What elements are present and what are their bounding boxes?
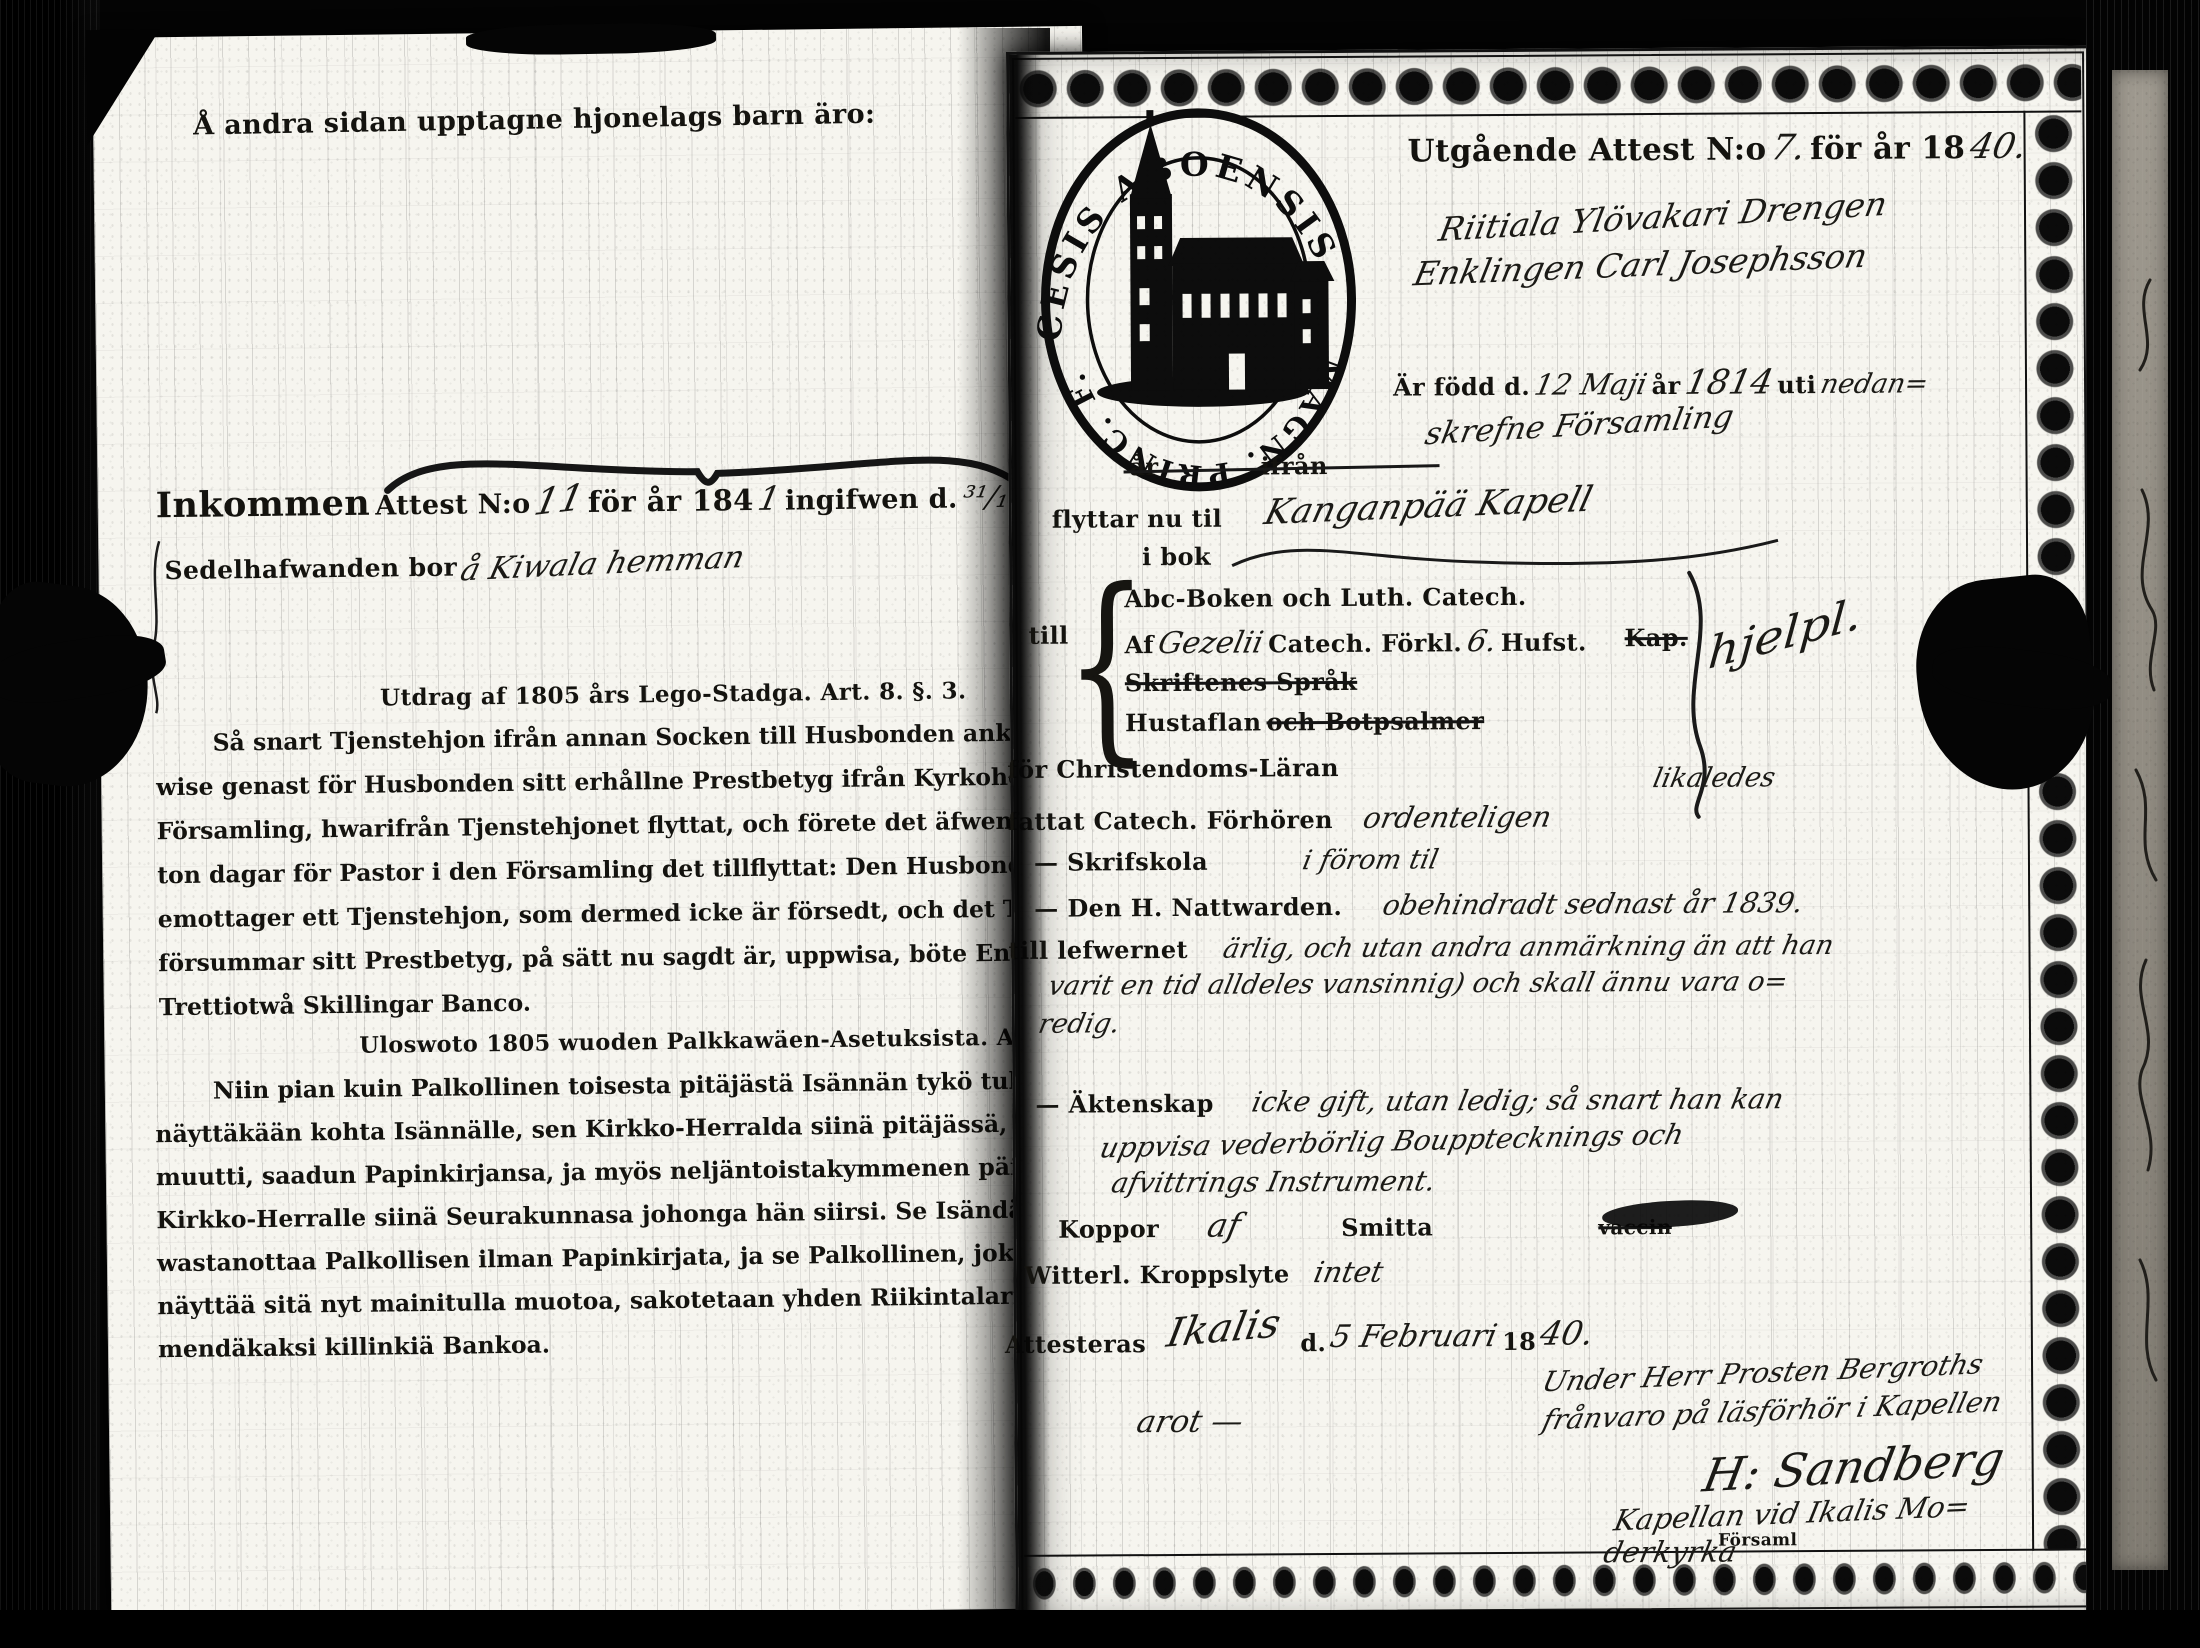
lefwernet-handwritten-1: ärlig, och utan andra anmärkning än att … <box>1220 930 1836 965</box>
ingifwen-label: ingifwen d. <box>785 483 958 516</box>
lefwernet-handwritten-2: varit en tid alldeles vansinnig) och ska… <box>1046 966 1791 1002</box>
date-handwritten: 5 Februari <box>1328 1318 1501 1355</box>
ar-label: år <box>1652 371 1681 400</box>
lefwernet-line: till lefwernet ärlig, och utan andra anm… <box>1008 930 1833 966</box>
diocese-seal: CESIS ABOENSIS. MAGN. PRINC. F. <box>1031 93 1367 495</box>
hustaflan-label: Hustaflan <box>1125 707 1262 737</box>
sedel-label: Sedelhafwanden bor <box>164 553 457 586</box>
attest-number-handwritten: 11 <box>531 476 588 524</box>
christendom-label: för Christendoms-Läran <box>1007 753 1339 784</box>
century-label: 18 <box>1502 1327 1536 1356</box>
ink-blot <box>1601 1197 1738 1231</box>
reads-item-abc: Abc-Boken och Luth. Catech. <box>1124 582 1526 613</box>
likaledes-handwritten: likaledes <box>1650 762 1778 794</box>
year-handwritten: 40. <box>1966 127 2030 167</box>
born-day-handwritten: 12 Maji <box>1532 367 1650 402</box>
aktenskap-handwritten-2: uppvisa vederbörlig Boupptecknings och <box>1097 1118 1687 1165</box>
catforhor-handwritten: ordenteligen <box>1361 800 1556 835</box>
ifran-struck-label: ifrån <box>1261 451 1328 480</box>
ibok-label: i bok <box>1142 542 1211 571</box>
catech-forkl-label: Catech. Förkl. <box>1268 628 1462 658</box>
reads-item-catech: Af Gezelii Catech. Förkl. 6. Hufst. <box>1125 623 1587 661</box>
book-left-edge <box>0 0 100 1648</box>
sedel-line: Sedelhafwanden bor å Kiwala hemman <box>164 544 742 587</box>
right-page: CESIS ABOENSIS. MAGN. PRINC. F. <box>1006 45 2100 1620</box>
inkommen-label: Inkommen <box>155 483 370 527</box>
ar-struck-label: år <box>1129 452 1158 481</box>
for-ar-label: för år 18 <box>1810 130 1965 167</box>
attest-number-handwritten: 7. <box>1768 128 1810 168</box>
hufst-count-handwritten: 6. <box>1464 624 1500 659</box>
utdrag-heading: Utdrag af 1805 års Lego-Stadga. Art. 8. … <box>380 677 967 711</box>
year-digit-handwritten: 1 <box>755 479 784 518</box>
aktenskap-handwritten-3: afvittrings Instrument. <box>1109 1164 1439 1199</box>
skrifskola-line: — Skrifskola i förom til <box>1034 844 1438 877</box>
hufst-label: Hufst. <box>1501 627 1587 657</box>
kroppslyte-label: Witterl. Kroppslyte <box>1024 1259 1289 1290</box>
year-handwritten: 40. <box>1537 1313 1598 1352</box>
left-page-header: Å andra sidan upptagne hjonelags barn är… <box>193 99 876 142</box>
ornament-border-right <box>2023 110 2090 1550</box>
d-label: d. <box>1300 1328 1326 1357</box>
inkommen-line: Inkommen Attest N:o 11 för år 184 1 ingi… <box>155 473 1009 526</box>
smitta-label: Smitta <box>1341 1212 1433 1242</box>
finnish-line: Kirkko-Herralle siinä Seurakunnasa johon… <box>156 1195 1096 1234</box>
koppor-af-handwritten: af <box>1204 1206 1244 1245</box>
skrifskola-handwritten: i förom til <box>1300 844 1441 876</box>
for-ar-label: för år 184 <box>588 483 754 519</box>
flyttar-label: flyttar nu til <box>1052 504 1222 534</box>
nattward-line: — Den H. Nattwarden. obehindradt sednast… <box>1034 886 1803 924</box>
born-year-handwritten: 1814 <box>1682 362 1777 403</box>
nattward-label: — Den H. Nattwarden. <box>1034 892 1342 923</box>
margin-note-handwritten: arot — <box>1134 1404 1247 1441</box>
aktenskap-label: — Äktenskap <box>1035 1089 1213 1119</box>
bottom-black-band <box>0 1610 2200 1648</box>
parish-line-handwritten: skrefne Församling <box>1422 399 1737 453</box>
botpsalmer-struck: och Botpsalmer <box>1266 706 1484 736</box>
aktenskap-line: — Äktenskap icke gift, utan ledig; så sn… <box>1035 1082 1783 1120</box>
born-line: Är född d. 12 Maji år 1814 uti nedan= <box>1393 361 1928 404</box>
attesteras-line: Attesteras Ikalis d. 5 Februari 18 40. <box>1005 1313 1594 1363</box>
catforhor-line: fattat Catech. Förhören ordenteligen <box>1008 800 1552 837</box>
hustaflan-line: Hustaflan och Botpsalmer <box>1125 706 1484 737</box>
sliver-writing-fragments <box>2112 70 2168 1570</box>
born-label: Är född d. <box>1393 372 1530 402</box>
lefwernet-handwritten-3: redig. <box>1036 1008 1123 1040</box>
af-label: Af <box>1125 630 1155 659</box>
book-right-edge <box>2086 0 2200 1648</box>
till-label: till <box>1028 621 1068 650</box>
nedan-handwritten: nedan= <box>1818 368 1931 400</box>
kroppslyte-line: Witterl. Kroppslyte intet <box>1024 1255 1383 1291</box>
finnish-line: mendäkaksi killinkiä Bankoa. <box>158 1331 550 1364</box>
ar-ifran-struck-line: år ifrån <box>1129 450 1429 481</box>
opening-brace: { <box>1064 546 1149 785</box>
koppor-label: Koppor <box>1058 1214 1159 1244</box>
catforhor-label: fattat Catech. Förhören <box>1008 805 1333 836</box>
left-page: Å andra sidan upptagne hjonelags barn är… <box>92 26 1101 1620</box>
utgaende-header: Utgående Attest N:o 7. för år 18 40. <box>1407 127 2026 171</box>
kroppslyte-handwritten: intet <box>1311 1255 1386 1289</box>
next-page-sliver <box>2112 70 2168 1570</box>
nattward-handwritten: obehindradt sednast år 1839. <box>1380 886 1807 922</box>
utgaende-label: Utgående Attest N:o <box>1408 131 1767 169</box>
aktenskap-handwritten-1: icke gift, utan ledig; så snart han kan <box>1249 1082 1787 1118</box>
place-handwritten: Ikalis <box>1164 1301 1285 1357</box>
swedish-line: Trettiotwå Skillingar Banco. <box>159 989 531 1022</box>
ornament-border-bottom <box>1024 1548 2090 1611</box>
skriftenes-struck: Skriftenes Språk <box>1125 667 1358 697</box>
koppor-line: Koppor af Smitta vaccin <box>1058 1203 1672 1246</box>
scanned-parish-register: Å andra sidan upptagne hjonelags barn är… <box>0 0 2200 1648</box>
forsaml-label: Församl <box>1718 1530 1797 1550</box>
skrifskola-label: — Skrifskola <box>1034 847 1208 877</box>
sedel-value-handwritten: å Kiwala hemman <box>457 539 748 588</box>
uti-label: uti <box>1777 370 1816 399</box>
attest-no-label: Attest N:o <box>375 489 531 522</box>
torn-corner <box>86 29 161 150</box>
gezelii-handwritten: Gezelii <box>1155 625 1266 661</box>
